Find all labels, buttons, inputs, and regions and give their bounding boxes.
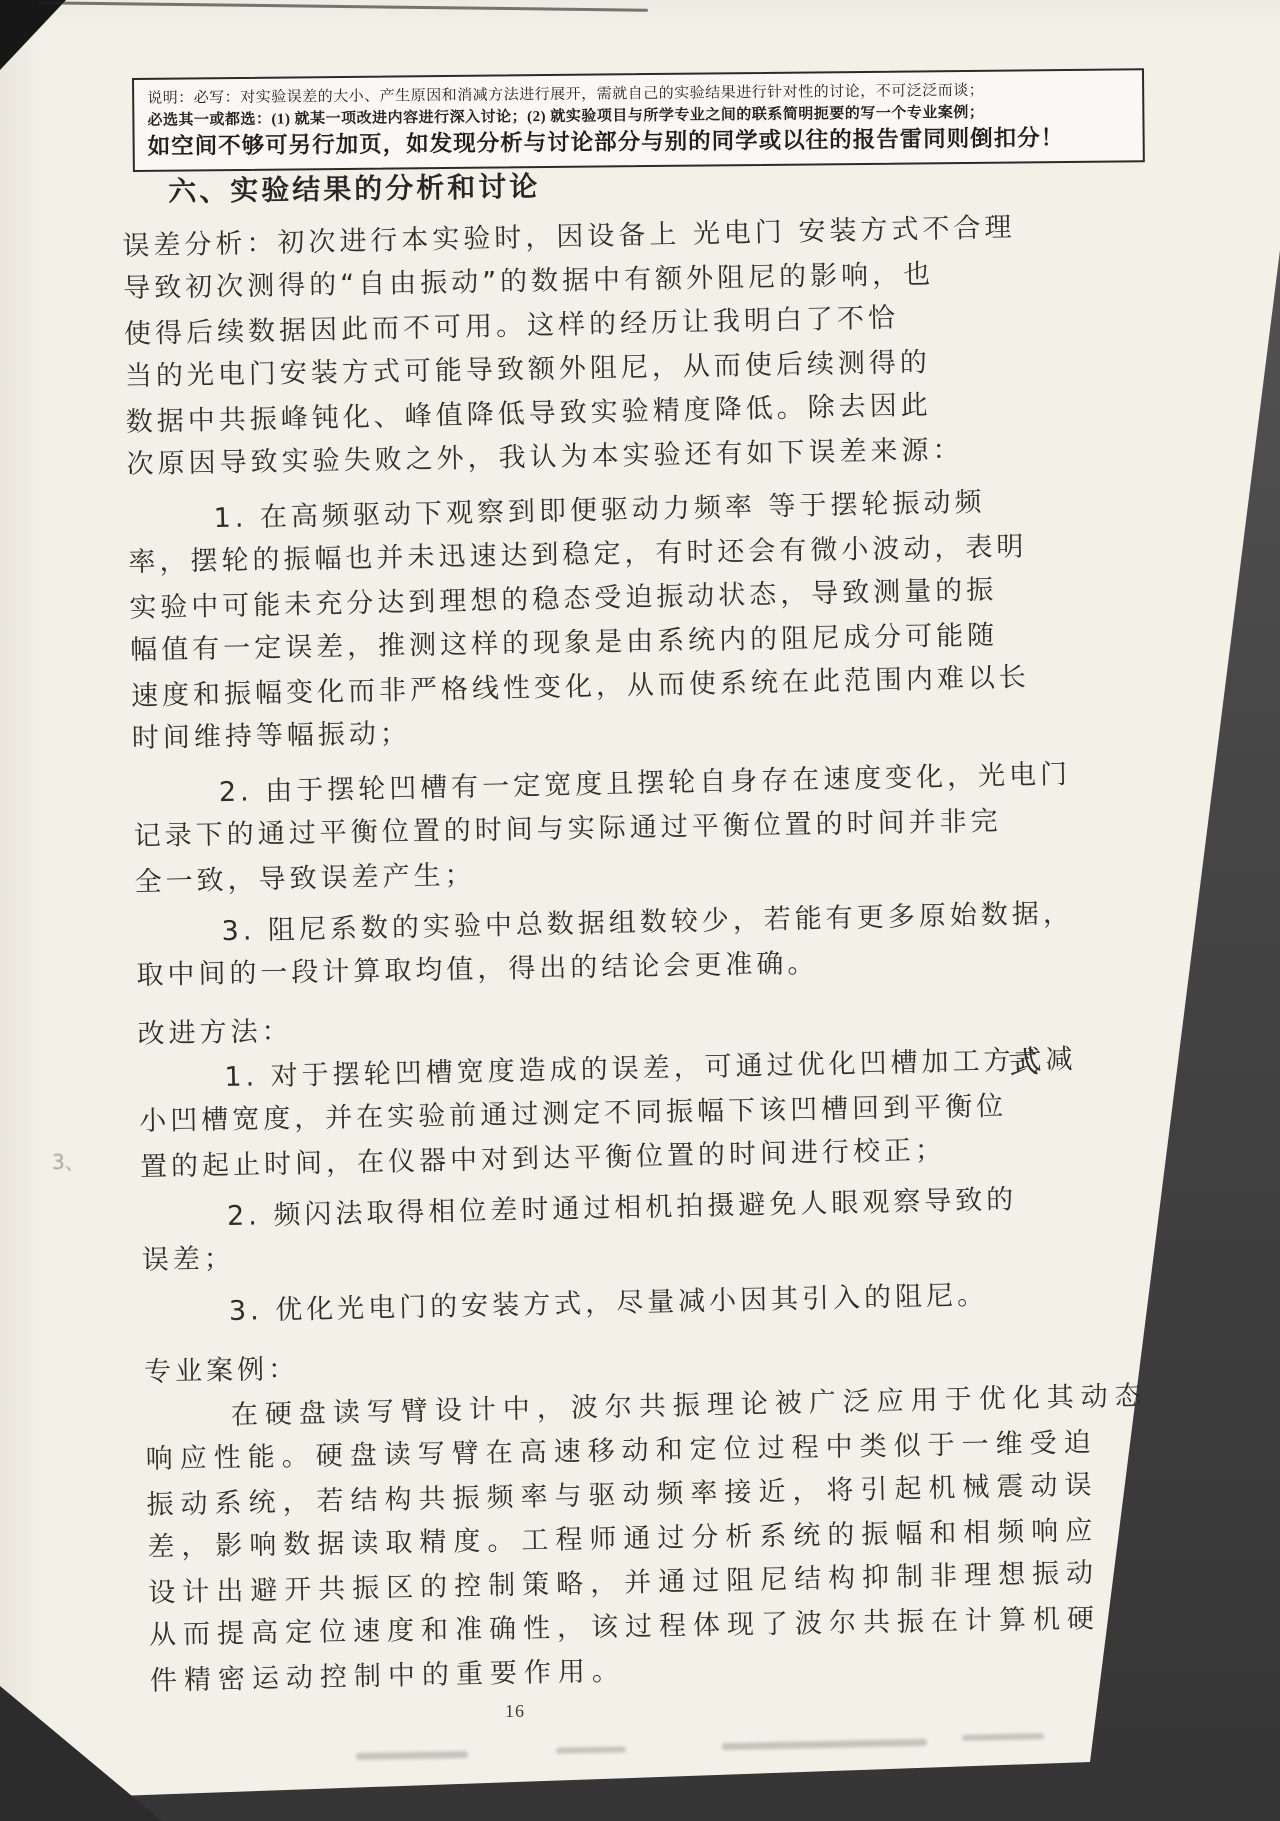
improvement-item-1: 1. 对于摆轮凹槽宽度造成的误差，可通过优化凹槽加工方式减小凹槽宽度，并在实验前… xyxy=(138,1038,1125,1189)
instructions-box: 说明：必写：对实验误差的大小、产生原因和消减方法进行展开，需就自己的实验结果进行… xyxy=(132,68,1145,172)
professional-case-paragraph: 在硬盘读写臂设计中，波尔共振理论被广泛应用于优化其动态响应性能。硬盘读写臂在高速… xyxy=(144,1376,1135,1703)
inserted-correction-character: 式 xyxy=(1007,1037,1040,1083)
improvement-item-2: 2. 频闪法取得相位差时通过相机拍摄避免人眼观察导致的误差； xyxy=(141,1177,1128,1284)
error-source-item-2: 2. 由于摆轮凹槽有一定宽度且摆轮自身存在速度变化，光电门记录下的通过平衡位置的… xyxy=(133,753,1120,904)
ghost-bleedthrough-text: 3、 xyxy=(52,1146,85,1175)
section-title: 六、实验结果的分析和讨论 xyxy=(168,165,541,210)
error-source-item-1: 1. 在高频驱动下观察到即便驱动力频率 等于摆轮振动频率，摆轮的振幅也并未迅速达… xyxy=(127,479,1117,762)
scan-smudge xyxy=(556,1746,626,1753)
error-source-item-3: 3. 阻尼系数的实验中总数据组数较少，若能有更多原始数据，取中间的一段计算取均值… xyxy=(135,892,1122,999)
handwritten-content: 误差分析：初次进行本实验时，因设备上 光电门 安装方式不合理导致初次测得的“自由… xyxy=(122,205,1135,1703)
scanned-document: 说明：必写：对实验误差的大小、产生原因和消减方法进行展开，需就自己的实验结果进行… xyxy=(0,0,1280,1821)
improvement-item-3: 3. 优化光电门的安装方式，尽量减小因其引入的阻尼。 xyxy=(142,1272,1128,1335)
error-analysis-paragraph: 误差分析：初次进行本实验时，因设备上 光电门 安装方式不合理导致初次测得的“自由… xyxy=(122,205,1112,488)
page-number: 16 xyxy=(505,1701,525,1722)
